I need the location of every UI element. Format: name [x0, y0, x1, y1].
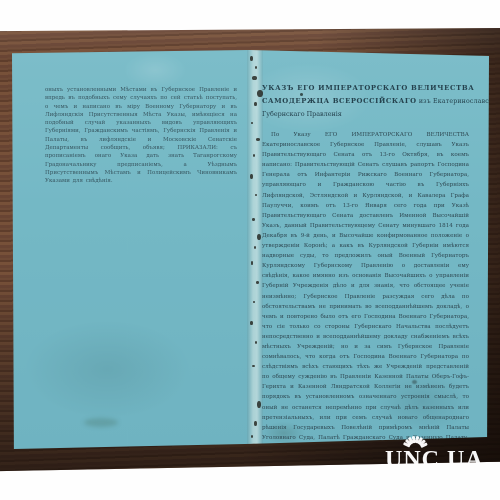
- ink-spot: [254, 246, 256, 249]
- ink-spot: [256, 138, 260, 141]
- ink-spot: [253, 154, 255, 157]
- ink-spot: [257, 234, 261, 240]
- ink-spot: [255, 66, 257, 69]
- ink-spot: [252, 365, 255, 367]
- right-page-body-paragraph: По Указу ЕГО ИМПЕРАТОРСКАГО ВЕЛИЧЕСТВА Е…: [262, 130, 469, 483]
- decree-title-line2: САМОДЕРЖЦА ВСЕРОССІЙСКАГО изъ Екатеринос…: [262, 95, 469, 108]
- ink-spot: [255, 341, 257, 344]
- decree-title-line3: Губернскаго Правленія: [262, 108, 469, 121]
- decree-title-line2-regular: изъ Екатеринославскаго: [419, 98, 500, 105]
- ink-spot: [251, 122, 253, 124]
- ink-spot: [250, 174, 253, 179]
- ink-spot: [255, 194, 257, 196]
- catchword: момъ: [262, 483, 469, 493]
- decree-title-line2-bold: САМОДЕРЖЦА ВСЕРОССІЙСКАГО: [262, 97, 417, 105]
- decree-title-line1: УКАЗЪ ЕГО ИМПЕРАТОРСКАГО ВЕЛИЧЕСТВА: [262, 82, 469, 95]
- document-right-page: УКАЗЪ ЕГО ИМПЕРАТОРСКАГО ВЕЛИЧЕСТВА САМО…: [262, 82, 469, 493]
- watermark-text: UNC.UA: [385, 447, 484, 474]
- paper-stain: [84, 418, 118, 427]
- fold-crease: [247, 50, 263, 449]
- ink-spot: [251, 435, 253, 438]
- ink-spot: [254, 102, 257, 106]
- left-page-paragraph: оныхъ установленными Мѣстами въ Губернск…: [45, 86, 237, 186]
- ink-spot: [253, 301, 255, 303]
- ink-spot: [252, 76, 257, 80]
- ink-spot: [254, 421, 257, 426]
- document-sheet: оныхъ установленными Мѣстами въ Губернск…: [12, 50, 489, 449]
- ink-spot: [251, 261, 253, 265]
- ink-spot: [250, 321, 253, 325]
- ink-spot: [250, 56, 253, 61]
- photo-of-document: оныхъ установленными Мѣстами въ Губернск…: [0, 0, 500, 500]
- watermark: UNC.UA: [382, 436, 500, 480]
- ink-spot: [252, 218, 255, 221]
- ink-spot: [256, 281, 259, 284]
- decree-header: УКАЗЪ ЕГО ИМПЕРАТОРСКАГО ВЕЛИЧЕСТВА САМО…: [262, 82, 469, 121]
- ink-spot: [257, 401, 261, 408]
